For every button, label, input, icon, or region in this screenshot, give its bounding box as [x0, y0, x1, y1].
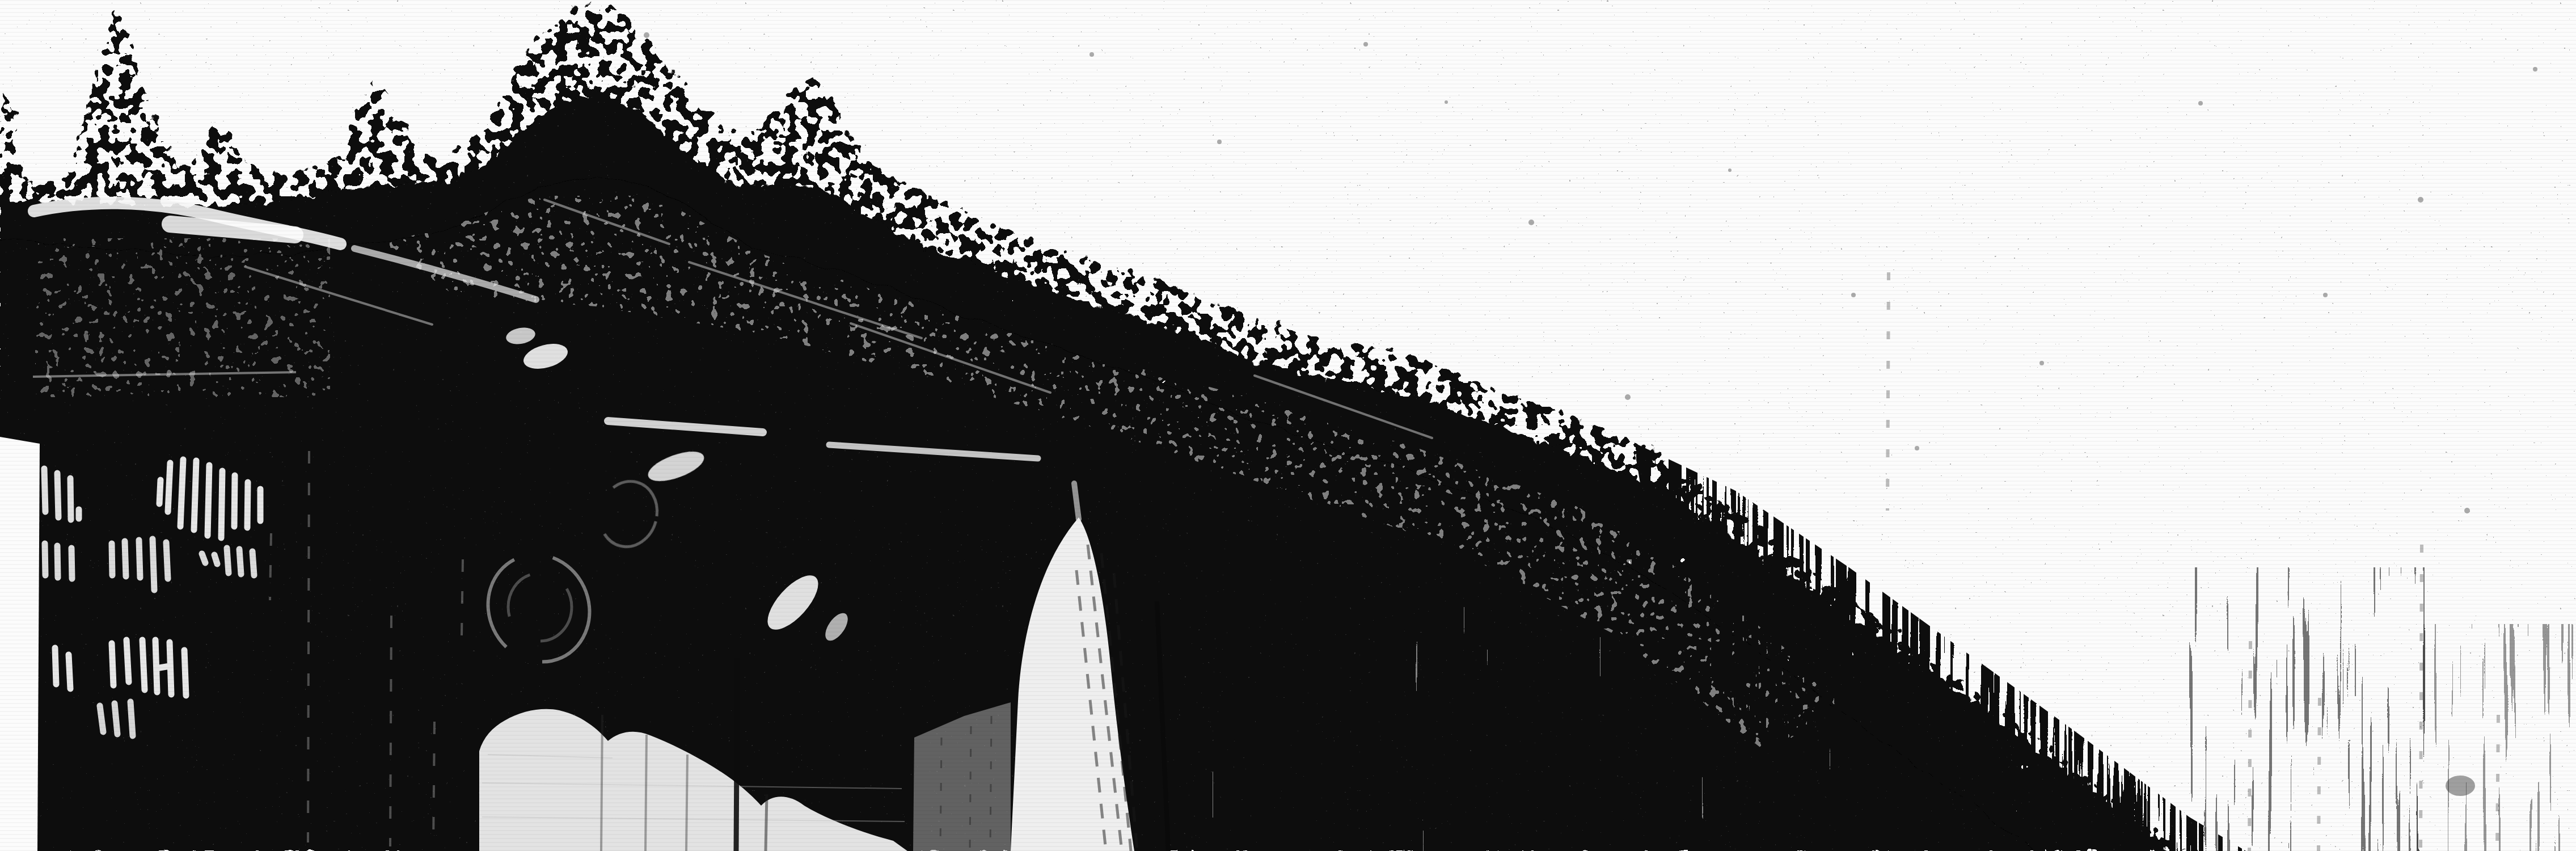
pale-patch-strong-line	[736, 658, 737, 851]
speck-dot	[1728, 168, 1732, 172]
speck-dot	[1363, 42, 1368, 47]
speck-dot	[1528, 220, 1534, 225]
speckle-noise	[0, 0, 2576, 851]
highlight-band-bright-segment	[170, 224, 295, 235]
speck-dot	[2323, 293, 2328, 297]
speck-dot	[1089, 52, 1094, 57]
photo-canvas: Degraded halftone photograph scan	[0, 0, 2576, 851]
speck-dot	[2464, 508, 2470, 513]
speck-dot	[1915, 446, 1919, 450]
speck-dot	[2198, 101, 2203, 106]
speck-dot	[1217, 140, 1222, 144]
speck-dot	[2418, 197, 2423, 203]
paper-margin	[0, 437, 40, 851]
speck-dot	[1851, 293, 1856, 297]
ink-blot	[2446, 776, 2475, 796]
pale-patch-short-line	[766, 794, 767, 851]
halftone-photograph: Black-and-white newspaper-style halftone…	[0, 0, 2576, 851]
speck-dot	[2533, 67, 2537, 71]
speck-dot	[1625, 394, 1631, 400]
speck-dot	[2039, 361, 2044, 365]
speck-dot	[644, 32, 649, 38]
speck-dot	[1445, 100, 1448, 104]
